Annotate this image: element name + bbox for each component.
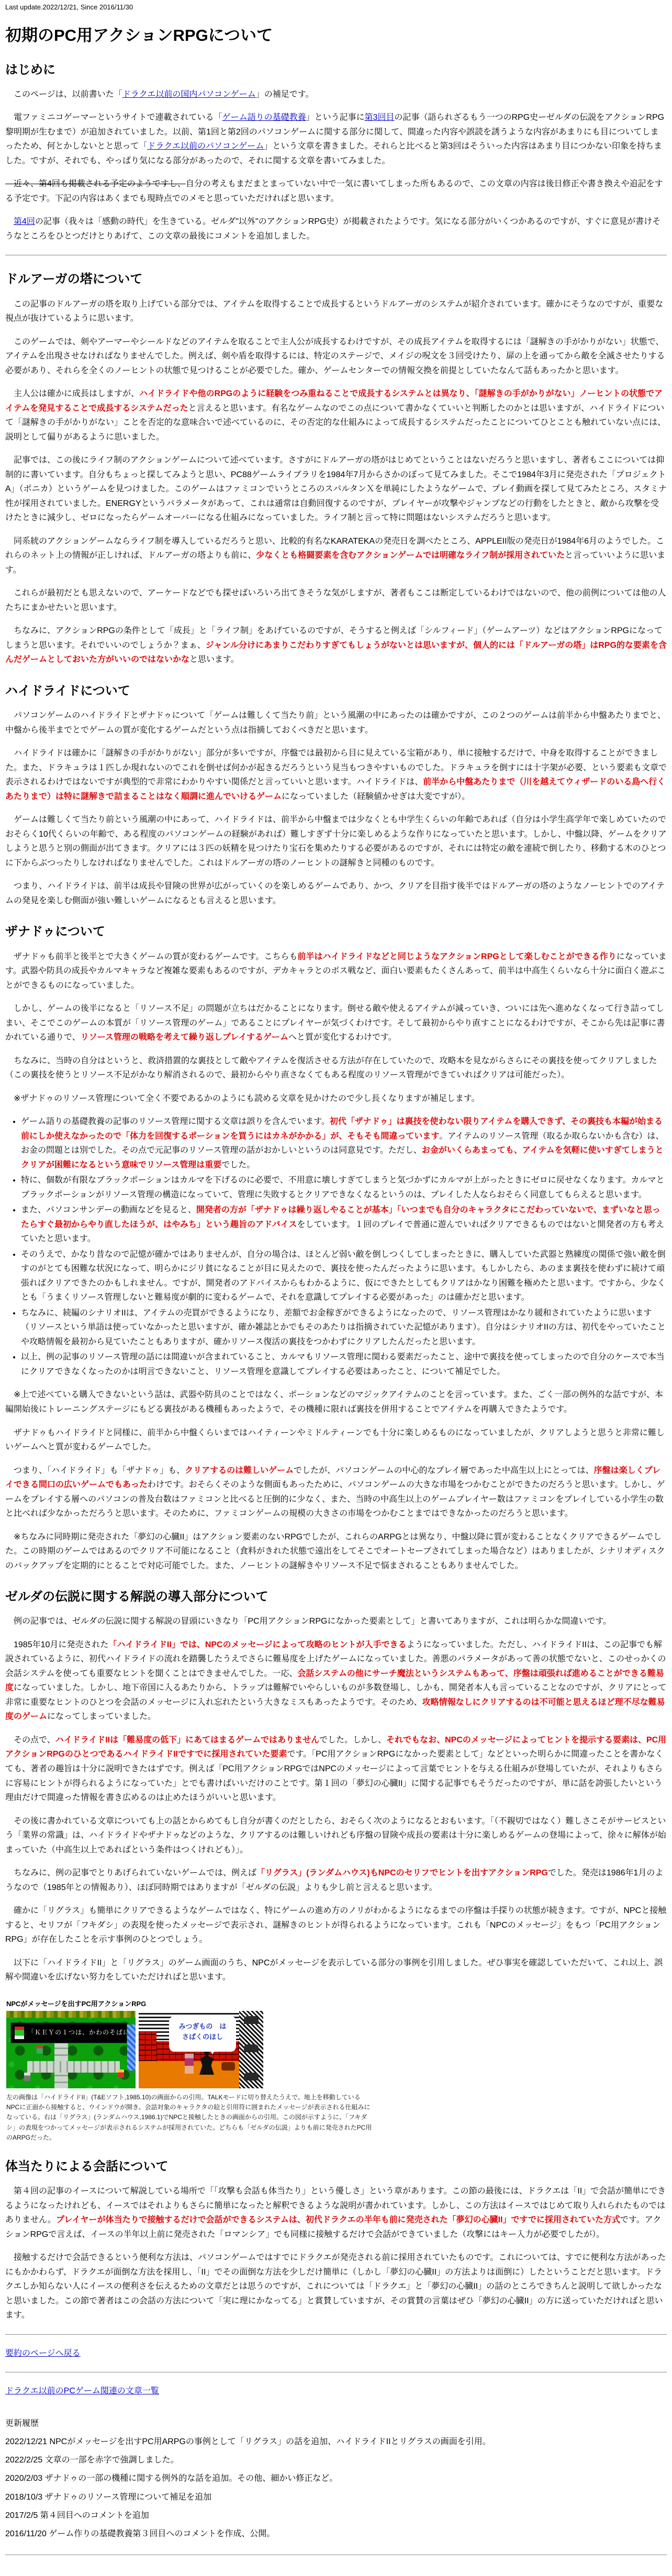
body-text: つまり、「ハイドライド」も「ザナドゥ」も、 — [5, 1466, 185, 1475]
body-text: このページは、以前書いた「 — [5, 90, 122, 99]
last-update-text: Last update.2022/12/21, Since 2016/11/30 — [5, 3, 667, 12]
list-item: そのうえで、かなり昔なので記憶が確かではありませんが、自分の場合は、ほとんど弱い… — [21, 1247, 667, 1305]
text-link[interactable]: 第3回目 — [365, 113, 395, 122]
red-emphasis-text: 少なくとも格闘要素を含むアクションゲームでは明確なライフ制が採用されていた — [256, 551, 565, 560]
paragraph: ザナドゥも前半と後半とで大きくゲームの質が変わるゲームです。こちらも前半はハイド… — [5, 950, 667, 993]
animal-sprite — [221, 2062, 235, 2071]
article-list-link[interactable]: ドラクエ以前のPCゲーム関連の文章一覧 — [5, 2387, 159, 2395]
paragraph: ハイドライドは確かに「謎解きの手がかりがない」部分が多いですが、序盤では最初から… — [5, 746, 667, 804]
body-text: 記事では、この後にライフ制のアクションゲームについて述べています。さすがにドルア… — [5, 456, 667, 522]
list-item: ちなみに、続編のシナリオIIは、アイテムの売買ができるようになり、差額でお金稼ぎ… — [21, 1306, 667, 1349]
hydlide2-message-window: 「ＫＥＹの１つは、かわのそばに。」 — [10, 2022, 127, 2043]
paragraph: パソコンゲームのハイドライドとザナドゥについて「ゲームは難しくて当たり前」という… — [5, 708, 667, 737]
paragraph: 1985年10月に発売された「ハイドライドII」では、NPCのメッセージによって… — [5, 1638, 667, 1724]
arch-graphic — [244, 2044, 259, 2052]
paragraph: ※ちなみに同時期に発売された「夢幻の心臓II」はアクション要素のないRPGでした… — [5, 1530, 667, 1573]
paragraph: その後に書かれている文章についても上の話とからめてもし自分が書くのだとしたら、お… — [5, 1814, 667, 1858]
riglas-speech-bubble: みつぎもの は さばくのほし — [169, 2016, 236, 2052]
article-body: はじめに このページは、以前書いた「ドラクエ以前の国内パソコンゲーム」の補足です… — [5, 62, 667, 1985]
body-text: 特に、個数が有限なブラックポーションはカルマを下げるのに必要で、不用意に壊しすぎ… — [21, 1176, 664, 1199]
paragraph: ちなみに、アクションRPGの条件として「成長」と「ライフ制」をあげているのですが… — [5, 624, 667, 667]
body-text: ちなみに、例の記事でとりあげられていないゲームでは、例えば — [5, 1869, 256, 1877]
paragraph: 電ファミニコゲーマーというサイトで連載されている「ゲーム語りの基礎教養」という記… — [5, 110, 667, 168]
arch-graphic — [244, 2016, 259, 2024]
back-to-summary-link[interactable]: 要約のページへ戻る — [5, 2349, 81, 2358]
update-history-entry: 2018/10/3 ザナドゥのリソース管理について補足を追加 — [5, 2488, 667, 2506]
update-history-lines: 2022/12/21 NPCがメッセージを出すPC用ARPGの事例として「リグラ… — [5, 2433, 667, 2543]
body-text: また、パソコンサンデーの動画などを見ると、 — [21, 1206, 196, 1214]
paragraph: ゲームは難しくて当たり前という風潮の中にあって、ハイドライドは、前半から中盤まで… — [5, 813, 667, 870]
text-link[interactable]: 第4回 — [14, 217, 35, 226]
update-history-entry: 2022/2/25 文章の一部を赤字で強調しました。 — [5, 2451, 667, 2469]
list-item: また、パソコンサンデーの動画などを見ると、開発者の方が「ザナドゥは繰り返しやるこ… — [21, 1203, 667, 1246]
npc-portrait-sprite — [15, 2027, 24, 2039]
body-text: ※ちなみに同時期に発売された「夢幻の心臓II」はアクション要素のないRPGでした… — [5, 1533, 665, 1570]
section-heading: ゼルダの伝説に関する解説の導入部分について — [5, 1589, 667, 1605]
paragraph: ちなみに、例の記事でとりあげられていないゲームでは、例えば「リグラス」(ランダム… — [5, 1866, 667, 1895]
body-text — [5, 217, 14, 226]
body-text: 例の記事では、ゼルダの伝説に関する解説の冒頭にいきなり「PC用アクションRPGに… — [5, 1617, 611, 1626]
red-emphasis-text: 前半はハイドライドなどと同じようなアクションRPGとして楽しむことができる作り — [297, 952, 616, 961]
body-text: 以下に「ハイドライドII」と「リグラス」のゲーム画面のうち、NPCがメッセージを… — [5, 1959, 663, 1982]
paragraph: ザナドゥもハイドライドと同様に、前半から中盤くらいまではハイティーンやミドルティ… — [5, 1426, 667, 1455]
text-link[interactable]: ゲーム語りの基礎教養 — [222, 113, 306, 122]
paragraph: 接触するだけで会話できるという便利な方法は、パソコンゲームではすでにドラクエが発… — [5, 2251, 667, 2323]
update-history-entry: 2016/11/20 ゲーム作りの基礎教養第３回目へのコメントを作成、公開。 — [5, 2525, 667, 2543]
strikethrough-text: 近々、第4回も掲載される予定のようですし、 — [5, 179, 186, 188]
body-text: 主人公は確かに成長はしますが、 — [5, 389, 139, 398]
game-screenshots-figure: NPCがメッセージを出すPC用アクションRPG 「ＫＥＹの１つは、かわのそばに。… — [6, 1998, 667, 2143]
hydlide2-dialog-text: 「ＫＥＹの１つは、かわのそばに。」 — [28, 2029, 127, 2036]
paragraph: 第4回の記事（我々は「感動の時代」を生きている。ゼルダ"以外"のアクションRPG… — [5, 215, 667, 243]
paragraph: 近々、第4回も掲載される予定のようですし、自分の考えもまだまとまっていない中で一… — [5, 177, 667, 206]
body-text: このゲームでは、剣やアーマーやシールドなどのアイテムを取ることで主人公が成長する… — [5, 338, 665, 375]
section-heading: ハイドライドについて — [5, 683, 667, 699]
section-heading: ザナドゥについて — [5, 924, 667, 940]
update-history-entry: 2020/2/03 ザナドゥの一部の機種に関する例外的な話を追加。その他、細かい… — [5, 2469, 667, 2488]
divider — [5, 2555, 667, 2555]
body-text: その後に書かれている文章についても上の話とからめてもし自分が書くのだとしたら、お… — [5, 1817, 666, 1854]
paragraph: ちなみに、当時の自分はというと、救済措置的な裏技として敵やアイテムを復活させる方… — [5, 1054, 667, 1083]
paragraph: これらが最初だとも思えないので、アーケードなどでも探せばいろいろ出てきそうな気が… — [5, 586, 667, 615]
bullet-list: ゲーム語りの基礎教養の記事のリソース管理に関する文章は誤りを含んでいます。初代「… — [5, 1115, 667, 1379]
text-link[interactable]: ドラクエ以前のパソコンゲーム — [147, 142, 264, 151]
paragraph: 確かに「リグラス」も簡単にクリアできるようなゲームではなく、特にゲームの進め方の… — [5, 1904, 667, 1947]
hydlide2-screenshot: 「ＫＥＹの１つは、かわのそばに。」 — [6, 2011, 136, 2088]
body-text: になっていました（経験値かせぎは大変ですが）。 — [282, 792, 470, 801]
paragraph: ※上で述べている購入できないという話は、武器や防具のことではなく、ポーションなど… — [5, 1388, 667, 1416]
paragraph: しかし、ゲームの後半になると「リソース不足」の問題が立ちはだかることになります。… — [5, 1002, 667, 1045]
body-text: でした。 — [221, 1161, 255, 1169]
body-text: ※ザナドゥのリソース管理について全く不要であるかのようにも読める文章を見かけたの… — [5, 1094, 480, 1103]
paragraph: このゲームでは、剣やアーマーやシールドなどのアイテムを取ることで主人公が成長する… — [5, 335, 667, 378]
body-text: と思います。 — [189, 655, 239, 664]
body-text: ちなみに、当時の自分はというと、救済措置的な裏技として敵やアイテムを復活させる方… — [5, 1056, 657, 1080]
update-history-title: 更新履歴 — [5, 2414, 667, 2433]
paragraph: ※ザナドゥのリソース管理について全く不要であるかのようにも読める文章を見かけたの… — [5, 1092, 667, 1106]
paragraph: 以下に「ハイドライドII」と「リグラス」のゲーム画面のうち、NPCがメッセージを… — [5, 1956, 667, 1985]
body-text: つまり、ハイドライドは、前半は成長や冒険の世界が広がっていくのを楽しめるゲームで… — [5, 882, 665, 905]
divider — [5, 2372, 667, 2372]
body-text: パソコンゲームのハイドライドとザナドゥについて「ゲームは難しくて当たり前」という… — [5, 711, 666, 735]
divider — [5, 2334, 667, 2335]
red-emphasis-text: クリアするのは難しいゲーム — [185, 1466, 294, 1475]
body-text: になってしまっていました。 — [47, 1712, 156, 1721]
section-heading: はじめに — [5, 62, 667, 78]
paragraph: 記事では、この後にライフ制のアクションゲームについて述べています。さすがにドルア… — [5, 453, 667, 525]
body-text: この記事のドルアーガの塔を取り上げている部分では、アイテムを取得することで成長す… — [5, 300, 663, 323]
page-title: 初期のPC用アクションRPGについて — [5, 26, 667, 46]
body-text: でした。しかし、 — [319, 1736, 386, 1745]
body-text: ※上で述べている購入できないという話は、武器や防具のことではなく、ポーションなど… — [5, 1390, 663, 1414]
red-emphasis-text: リソース管理の戦略を考えて繰り返しプレイするゲーム — [81, 1033, 288, 1042]
npc-sprite — [24, 2073, 30, 2081]
floor-graphic — [139, 2071, 156, 2088]
red-emphasis-text: ハイドライドIIは「難易度の低下」にあてはまるゲームではありません — [55, 1736, 319, 1745]
paragraph: 第４回の記事のイースについて解説している場所で「「攻撃も会話も体当たり」という優… — [5, 2184, 667, 2242]
paragraph: このページは、以前書いた「ドラクエ以前の国内パソコンゲーム」の補足です。 — [5, 87, 667, 102]
figure-caption: 左の画像は「ハイドライドII」(T&Eソフト,1985.10)の画面からの引用。… — [6, 2093, 373, 2143]
update-history-entry: 2022/12/21 NPCがメッセージを出すPC用ARPGの事例として「リグラ… — [5, 2433, 667, 2451]
body-text: の記事（我々は「感動の時代」を生きている。ゼルダ"以外"のアクションRPG史）が… — [5, 217, 660, 241]
stone-path-graphic — [27, 2061, 120, 2073]
body-text: ちなみに、続編のシナリオIIは、アイテムの売買ができるようになり、差額でお金稼ぎ… — [21, 1309, 666, 1346]
article-body-2: 体当たりによる会話について 第４回の記事のイースについて解説している場所で「「攻… — [5, 2158, 667, 2323]
paragraph: つまり、「ハイドライド」も「ザナドゥ」も、クリアするのは難しいゲームでしたが、パ… — [5, 1464, 667, 1521]
figure-label: NPCがメッセージを出すPC用アクションRPG — [6, 1998, 667, 2010]
body-text: 接触するだけで会話できるという便利な方法は、パソコンゲームではすでにドラクエが発… — [5, 2253, 666, 2320]
player-sprite — [185, 2054, 194, 2074]
body-text: そのうえで、かなり昔なので記憶が確かではありませんが、自分の場合は、ほとんど弱い… — [21, 1250, 666, 1302]
body-text: 以上、例の記事のリソース管理の話には間違いが含まれていること、カルマもリソース管… — [21, 1353, 665, 1376]
body-text: でしたが、パソコンゲームの中心的なプレイ層であった中高生以上にとっては、 — [294, 1466, 593, 1475]
body-text: その点で、 — [5, 1736, 55, 1745]
water-graphic — [127, 2024, 136, 2071]
npc-sprite — [37, 2045, 43, 2054]
list-item: ゲーム語りの基礎教養の記事のリソース管理に関する文章は誤りを含んでいます。初代「… — [21, 1115, 667, 1172]
list-item: 特に、個数が有限なブラックポーションはカルマを下げるのに必要で、不用意に壊しすぎ… — [21, 1173, 667, 1202]
forest-canopy-graphic — [6, 2011, 136, 2018]
npc-sprite — [118, 2069, 124, 2078]
paragraph: その点で、ハイドライドIIは「難易度の低下」にあてはまるゲームではありませんでし… — [5, 1733, 667, 1805]
paragraph: つまり、ハイドライドは、前半は成長や冒険の世界が広がっていくのを楽しめるゲームで… — [5, 879, 667, 908]
paragraph: この記事のドルアーガの塔を取り上げている部分では、アイテムを取得することで成長す… — [5, 297, 667, 326]
body-text: ザナドゥもハイドライドと同様に、前半から中盤くらいまではハイティーンやミドルティ… — [5, 1428, 665, 1452]
update-history-entry: 2017/2/5 第４回目へのコメントを追加 — [5, 2506, 667, 2525]
text-link[interactable]: ドラクエ以前の国内パソコンゲーム — [122, 90, 256, 99]
riglas-screenshot: みつぎもの は さばくのほし — [139, 2011, 263, 2088]
body-text: ゲームは難しくて当たり前という風潮の中にあって、ハイドライドは、前半から中盤まで… — [5, 815, 667, 868]
article-page: Last update.2022/12/21, Since 2016/11/30… — [5, 3, 667, 2555]
update-history: 更新履歴 2022/12/21 NPCがメッセージを出すPC用ARPGの事例とし… — [5, 2414, 667, 2543]
paragraph: 例の記事では、ゼルダの伝説に関する解説の冒頭にいきなり「PC用アクションRPGに… — [5, 1614, 667, 1629]
body-text: これらが最初だとも思えないので、アーケードなどでも探せばいろいろ出てきそうな気が… — [5, 589, 666, 612]
body-text: 」の補足です。 — [256, 90, 314, 99]
arch-graphic — [244, 2073, 259, 2080]
body-text: 」という記事に — [306, 113, 365, 122]
section-heading: ドルアーガの塔について — [5, 271, 667, 287]
divider — [5, 255, 667, 255]
section-heading: 体当たりによる会話について — [5, 2158, 667, 2175]
screenshot-row: 「ＫＥＹの１つは、かわのそばに。」 みつぎもの は さばくのほし — [6, 2011, 667, 2088]
red-emphasis-text: プレイヤーが体当たりで接触するだけで会話ができるシステムは、初代ドラクエの半年も… — [56, 2215, 620, 2224]
body-text: ゲーム語りの基礎教養の記事のリソース管理に関する文章は誤りを含んでいます。 — [21, 1117, 330, 1126]
red-emphasis-text: 「ハイドライドII」では、NPCのメッセージによって攻略のヒントが入手できる — [108, 1640, 406, 1649]
body-text: 1985年10月に発売された — [5, 1640, 108, 1649]
paragraph: 同系統のアクションゲームならライフ制を導入しているだろうと思い、比較的有名なKA… — [5, 534, 667, 578]
body-text: 電ファミニコゲーマーというサイトで連載されている「 — [5, 113, 222, 122]
list-item: 以上、例の記事のリソース管理の話には間違いが含まれていること、カルマもリソース管… — [21, 1350, 667, 1379]
body-text: ザナドゥも前半と後半とで大きくゲームの質が変わるゲームです。こちらも — [5, 952, 297, 961]
body-text: 確かに「リグラス」も簡単にクリアできるようなゲームではなく、特にゲームの進め方の… — [5, 1906, 666, 1944]
body-text: へと質が変化するわけです。 — [288, 1033, 397, 1042]
red-emphasis-text: 「リグラス」(ランダムハウス)もNPCのセリフでヒントを出すアクションRPG — [256, 1869, 548, 1877]
paragraph: 主人公は確かに成長はしますが、ハイドライドや他のRPGのように経験をつみ重ねるこ… — [5, 387, 667, 444]
